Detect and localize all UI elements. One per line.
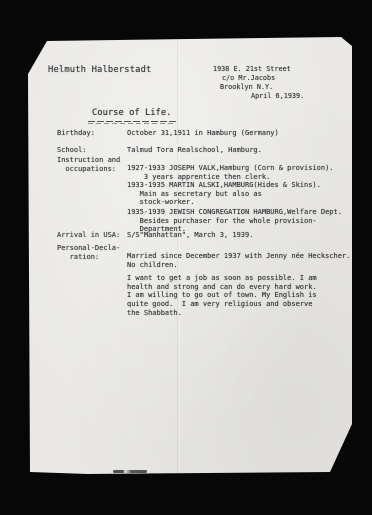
- field-value-arrival: S/S"Manhattan", March 3, 1939.: [127, 231, 253, 240]
- paper-sheet: Helmuth Halberstadt 1938 E. 21st Street …: [0, 0, 372, 515]
- field-label-arrival: Arrival in USA:: [57, 231, 120, 240]
- bottom-edge-mark: [113, 470, 147, 473]
- field-label-school: School:: [57, 146, 87, 155]
- field-value-occupation-1: 1927-1933 JOSEPH VALK,Hamburg (Corn & pr…: [127, 164, 334, 181]
- address-city: Brooklyn N.Y.: [220, 83, 273, 92]
- field-value-occupation-2: 1933-1935 MARTIN ALSKI,HAMBURG(Hides & S…: [127, 181, 321, 207]
- field-value-declaration-paragraph: I want to get a job as soon as possible.…: [127, 274, 317, 318]
- document-date: April 6,1939.: [251, 92, 304, 101]
- field-value-school: Talmud Tora Realschool, Hamburg.: [127, 146, 262, 155]
- sender-name: Helmuth Halberstadt: [48, 66, 151, 75]
- title-underline: [88, 121, 176, 124]
- scanned-document-photo: Helmuth Halberstadt 1938 E. 21st Street …: [0, 0, 372, 515]
- field-label-occupations: Instruction and occupations:: [57, 156, 120, 173]
- field-label-birthday: Birthday:: [57, 129, 95, 138]
- address-street: 1938 E. 21st Street: [213, 65, 291, 74]
- address-care-of: c/o Mr.Jacobs: [222, 74, 275, 83]
- document-title: Course of Life.: [92, 109, 171, 118]
- field-label-personal-declaration: Personal-Decla- ration:: [57, 244, 120, 261]
- field-value-marriage: Married since December 1937 with Jenny n…: [127, 252, 350, 269]
- field-value-birthday: October 31,1911 in Hamburg (Germany): [127, 129, 279, 138]
